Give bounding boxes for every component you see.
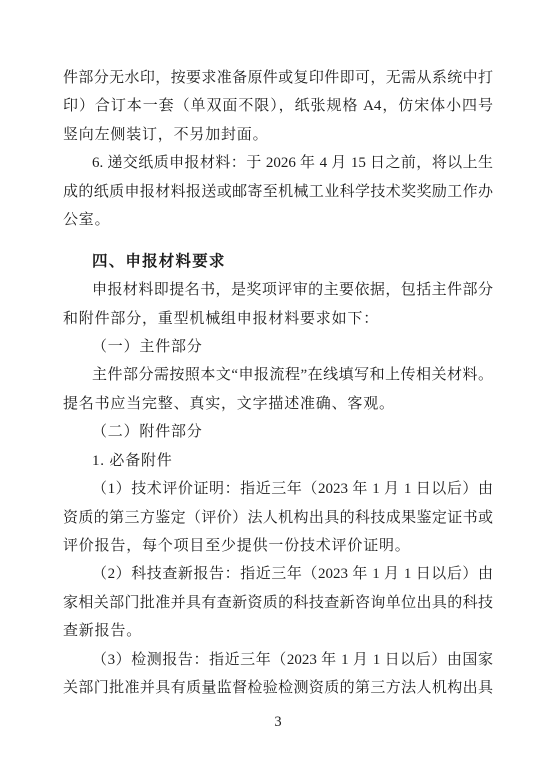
document-body: 件部分无水印，按要求准备原件或复印件即可，无需从系统中打印）合订本一套（单双面不… — [63, 64, 493, 703]
text-line: 评价报告，每个项目至少提供一份技术评价证明。 — [63, 532, 493, 560]
text-line: 1. 必备附件 — [63, 447, 493, 475]
text-line: （1）技术评价证明：指近三年（2023 年 1 月 1 日以后）由有 — [63, 475, 493, 503]
text-line: 家相关部门批准并具有查新资质的科技查新咨询单位出具的科技 — [63, 589, 493, 617]
text-line: （2）科技查新报告：指近三年（2023 年 1 月 1 日以后）由国 — [63, 560, 493, 588]
text-line: （二）附件部分 — [63, 418, 493, 446]
text-line: 查新报告。 — [63, 617, 493, 645]
text-line: 和附件部分，重型机械组申报材料要求如下： — [63, 305, 493, 333]
document-page: 件部分无水印，按要求准备原件或复印件即可，无需从系统中打印）合订本一套（单双面不… — [0, 0, 550, 778]
text-line: 印）合订本一套（单双面不限），纸张规格 A4，仿宋体小四号字， — [63, 92, 493, 120]
text-line: 6. 递交纸质申报材料：于 2026 年 4 月 15 日之前，将以上生 — [63, 149, 493, 177]
section-heading: 四、申报材料要求 — [63, 248, 493, 276]
text-line: 提名书应当完整、真实，文字描述准确、客观。 — [63, 390, 493, 418]
text-line: 件部分无水印，按要求准备原件或复印件即可，无需从系统中打 — [63, 64, 493, 92]
text-line: 关部门批准并具有质量监督检验检测资质的第三方法人机构出具 — [63, 674, 493, 702]
page-number: 3 — [63, 712, 493, 732]
text-line: 竖向左侧装订，不另加封面。 — [63, 121, 493, 149]
text-line: （一）主件部分 — [63, 333, 493, 361]
text-line: 主件部分需按照本文“申报流程”在线填写和上传相关材料。 — [63, 361, 493, 389]
text-line: （3）检测报告：指近三年（2023 年 1 月 1 日以后）由国家相 — [63, 646, 493, 674]
text-line: 公室。 — [63, 206, 493, 234]
text-line: 资质的第三方鉴定（评价）法人机构出具的科技成果鉴定证书或 — [63, 504, 493, 532]
text-line: 成的纸质申报材料报送或邮寄至机械工业科学技术奖奖励工作办 — [63, 178, 493, 206]
text-line: 申报材料即提名书，是奖项评审的主要依据，包括主件部分 — [63, 276, 493, 304]
